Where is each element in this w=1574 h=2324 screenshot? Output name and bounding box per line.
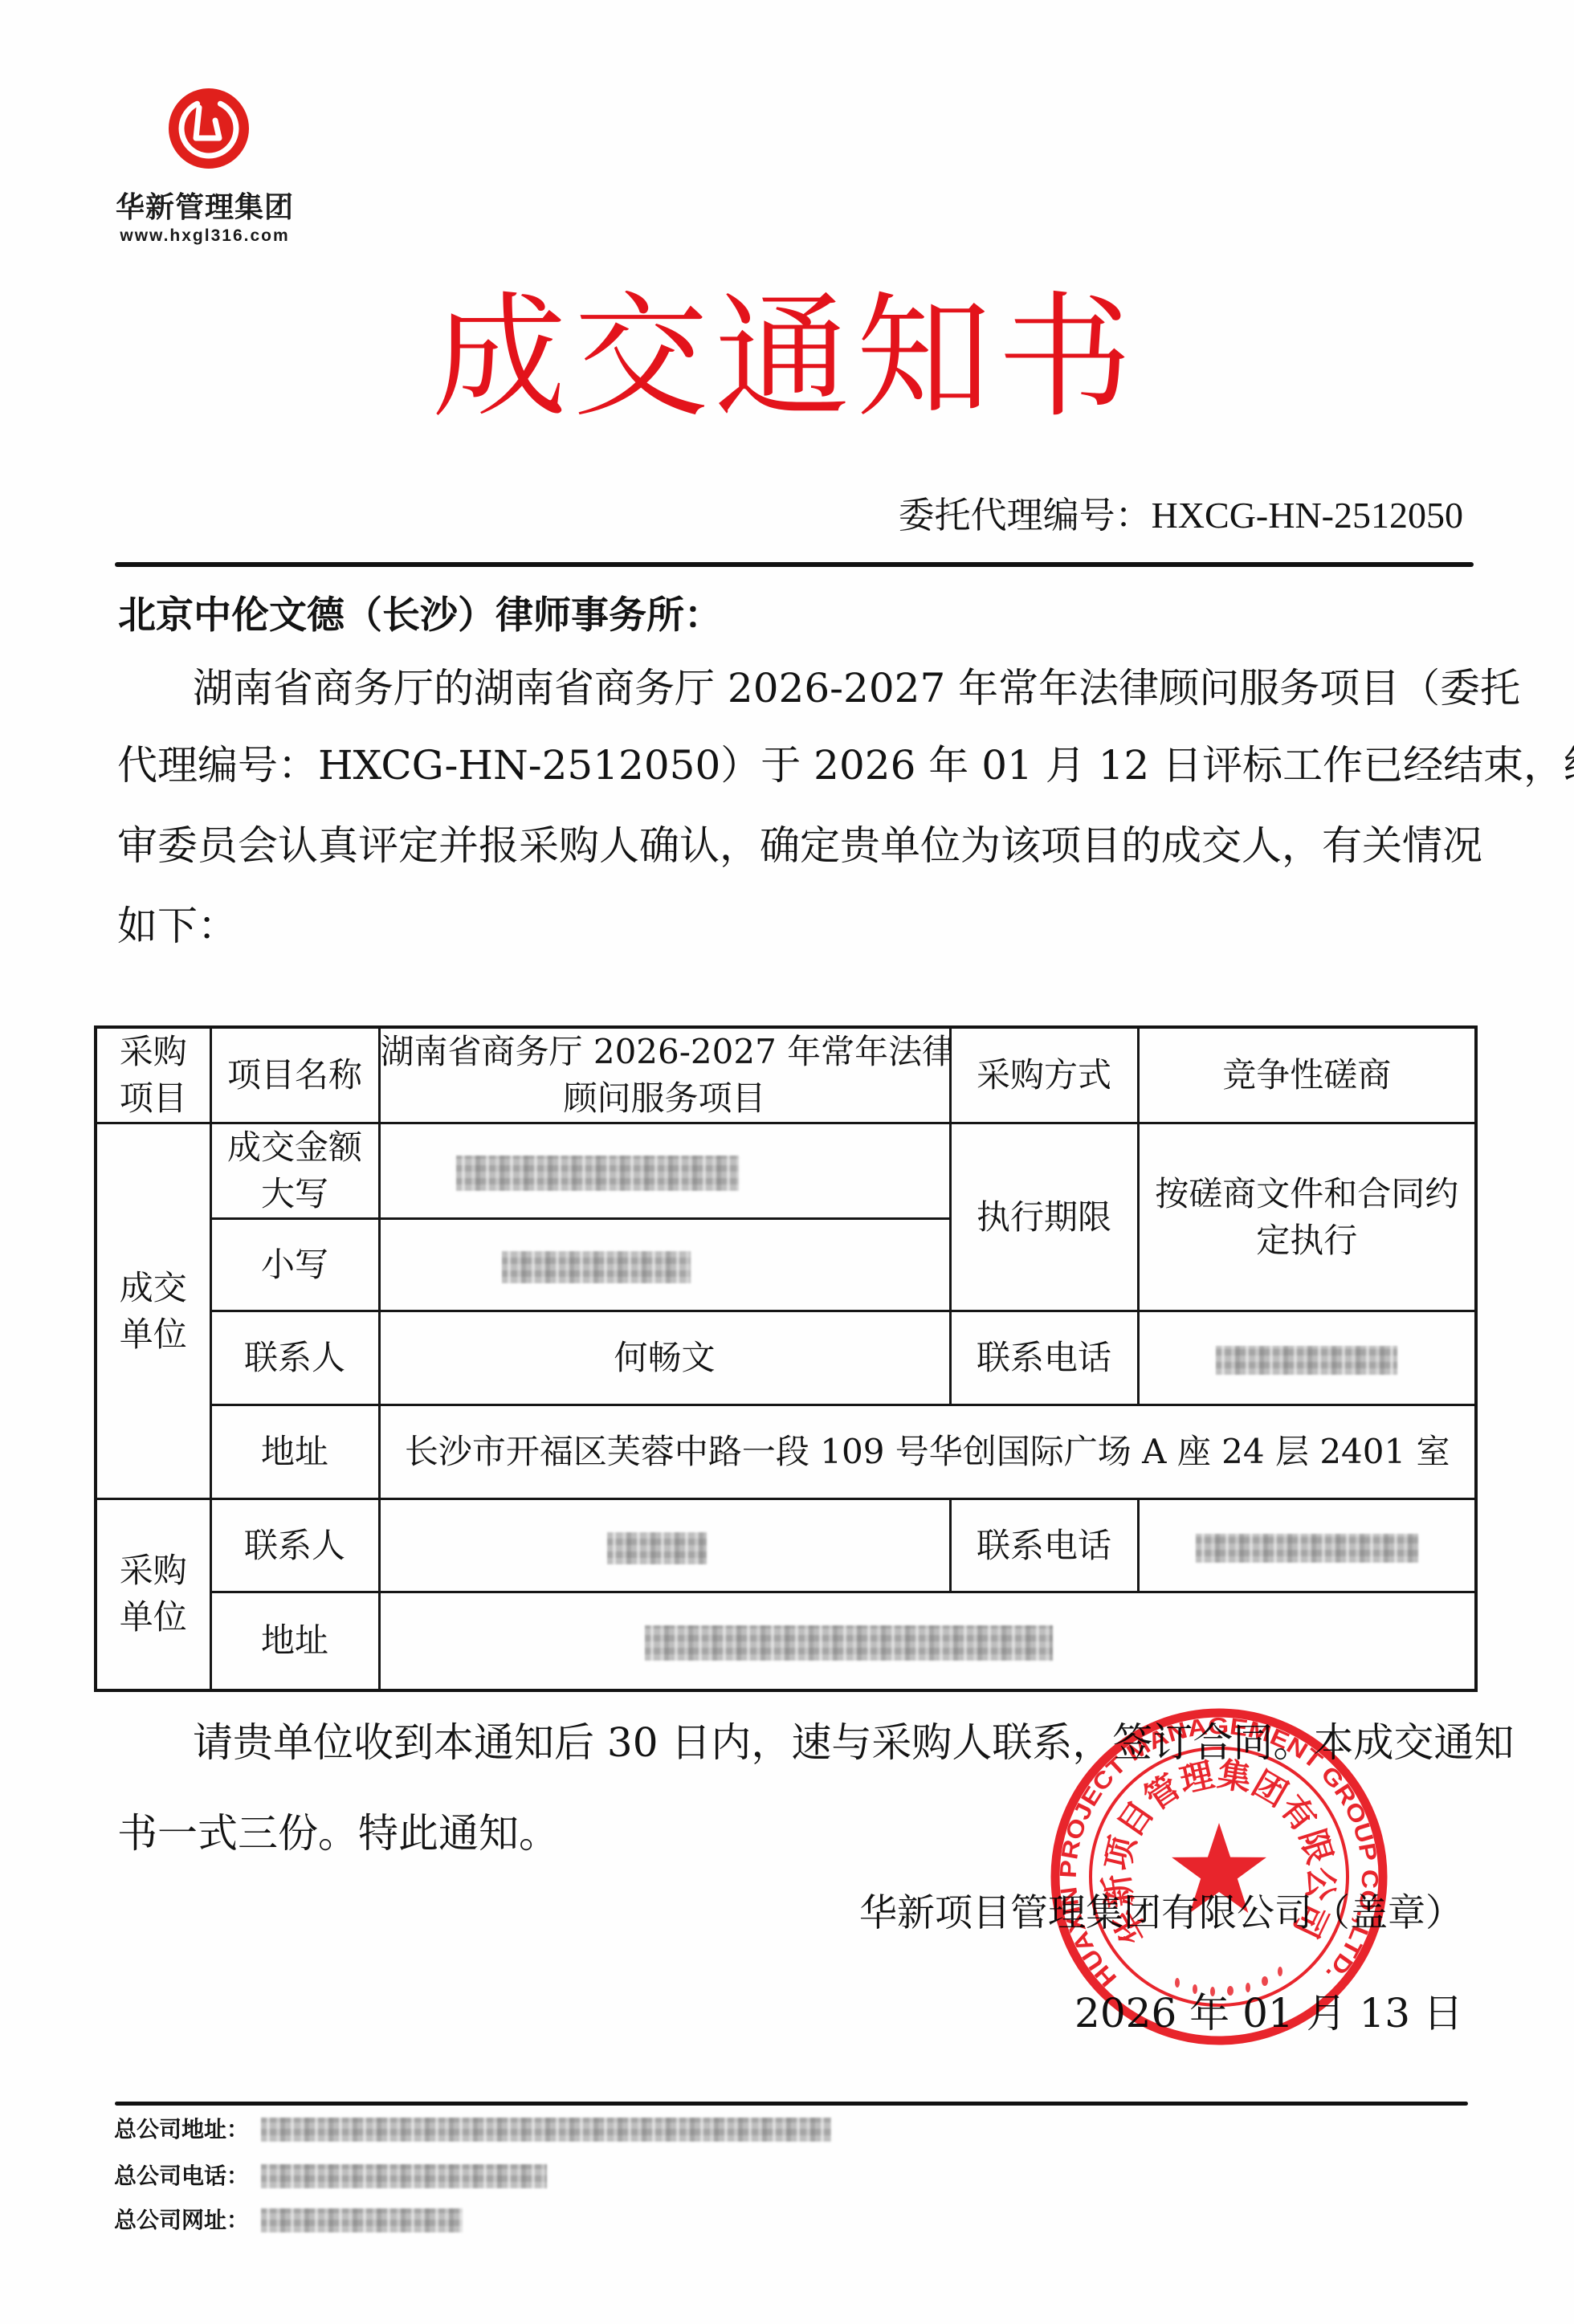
redacted-footer-address [261,2118,831,2142]
table-row-winner-contact: 联系人 何畅文 联系电话 [96,1311,1476,1405]
winner-phone-label: 联系电话 [950,1311,1138,1405]
section-label-line: 项目 [97,1075,210,1122]
redacted-winner-phone [1216,1346,1397,1375]
footer-website-label: 总公司网址： [114,2208,249,2233]
section-label-line: 采购 [97,1547,210,1594]
body-line: 代理编号：HXCG-HN-2512050）于 2026 年 01 月 12 日评… [117,743,1463,788]
winner-address-value: 长沙市开福区芙蓉中路一段 109 号华创国际广场 A 座 24 层 2401 室 [379,1405,1476,1499]
redacted-amount-upper [456,1156,739,1191]
document-title: 成交通知书 [416,285,1155,430]
amount-lower-value [379,1219,950,1311]
table-row-winner-address: 地址 长沙市开福区芙蓉中路一段 109 号华创国际广场 A 座 24 层 240… [96,1405,1476,1499]
redacted-footer-website [261,2208,463,2232]
purchaser-contact-label: 联系人 [210,1499,379,1592]
section-label-line: 成交 [97,1265,210,1311]
term-value: 按磋商文件和合同约 定执行 [1138,1123,1476,1311]
seal-code-marks-icon [1175,1967,1282,1996]
purchaser-contact-value [379,1499,950,1592]
reference-value: HXCG-HN-2512050 [1152,495,1463,536]
project-name-label: 项目名称 [210,1027,379,1123]
winner-contact-value: 何畅文 [379,1311,950,1405]
seal-star-icon [1172,1823,1266,1913]
purchaser-phone-label: 联系电话 [950,1499,1138,1592]
redacted-amount-lower [502,1251,691,1283]
table-row-amount-upper: 成交 单位 成交金额 大写 执行期限 按磋商文件和合同约 定执行 [96,1123,1476,1219]
project-name-line: 顾问服务项目 [381,1075,949,1122]
redacted-purchaser-phone [1196,1534,1418,1563]
winner-contact-label: 联系人 [210,1311,379,1405]
header-divider [115,562,1474,567]
project-name-value: 湖南省商务厅 2026-2027 年常年法律 顾问服务项目 [379,1027,950,1123]
section-label-winning-unit: 成交 单位 [96,1123,210,1499]
purchaser-phone-value [1138,1499,1476,1592]
term-label: 执行期限 [950,1123,1138,1311]
purchaser-address-label: 地址 [210,1592,379,1690]
redacted-purchaser-address [645,1625,1053,1661]
redacted-purchaser-contact [607,1532,707,1564]
table-row-purchaser-contact: 采购 单位 联系人 联系电话 [96,1499,1476,1592]
winner-address-label: 地址 [210,1405,379,1499]
purchaser-address-value [379,1592,1476,1690]
winner-phone-value [1138,1311,1476,1405]
footer-phone-label: 总公司电话： [114,2163,249,2189]
reference-number: 委托代理编号：HXCG-HN-2512050 [899,495,1463,536]
logo-company-name: 华新管理集团 [112,191,297,225]
reference-label: 委托代理编号： [899,494,1152,536]
amount-upper-label: 成交金额 大写 [210,1123,379,1219]
section-label-line: 采购 [97,1029,210,1075]
body-line: 审委员会认真评定并报采购人确认，确定贵单位为该项目的成交人，有关情况 [117,823,1463,868]
redacted-footer-phone [261,2164,547,2188]
table-row-procurement-project: 采购 项目 项目名称 湖南省商务厅 2026-2027 年常年法律 顾问服务项目… [96,1027,1476,1123]
section-label-procurement-project: 采购 项目 [96,1027,210,1123]
amount-lower-label: 小写 [210,1219,379,1311]
table-row-purchaser-address: 地址 [96,1592,1476,1690]
procurement-method-label: 采购方式 [950,1027,1138,1123]
footer-divider [115,2102,1468,2106]
addressee: 北京中伦文德（长沙）律师事务所： [118,594,722,638]
body-line: 湖南省商务厅的湖南省商务厅 2026-2027 年常年法律顾问服务项目（委托 [193,666,1463,711]
amount-upper-value [379,1123,950,1219]
closing-line: 书一式三份。特此通知。 [117,1811,559,1856]
section-label-line: 单位 [97,1594,210,1641]
term-value-line: 按磋商文件和合同约 [1140,1171,1475,1217]
logo-website: www.hxgl316.com [112,226,297,246]
company-logo-icon [169,88,249,169]
footer-address-label: 总公司地址： [114,2117,249,2143]
project-name-line: 湖南省商务厅 2026-2027 年常年法律 [381,1029,949,1075]
section-label-purchaser: 采购 单位 [96,1499,210,1690]
procurement-method-value: 竞争性磋商 [1138,1027,1476,1123]
award-details-table: 采购 项目 项目名称 湖南省商务厅 2026-2027 年常年法律 顾问服务项目… [94,1025,1478,1692]
term-value-line: 定执行 [1140,1217,1475,1264]
section-label-line: 单位 [97,1311,210,1358]
amount-upper-label-line: 成交金额 [212,1124,378,1171]
amount-upper-label-line: 大写 [212,1171,378,1217]
company-seal-icon: HUAXIN PROJECT MANAGEMENT GROUP CO.,LTD.… [1042,1700,1396,2053]
body-line: 如下： [117,903,238,948]
